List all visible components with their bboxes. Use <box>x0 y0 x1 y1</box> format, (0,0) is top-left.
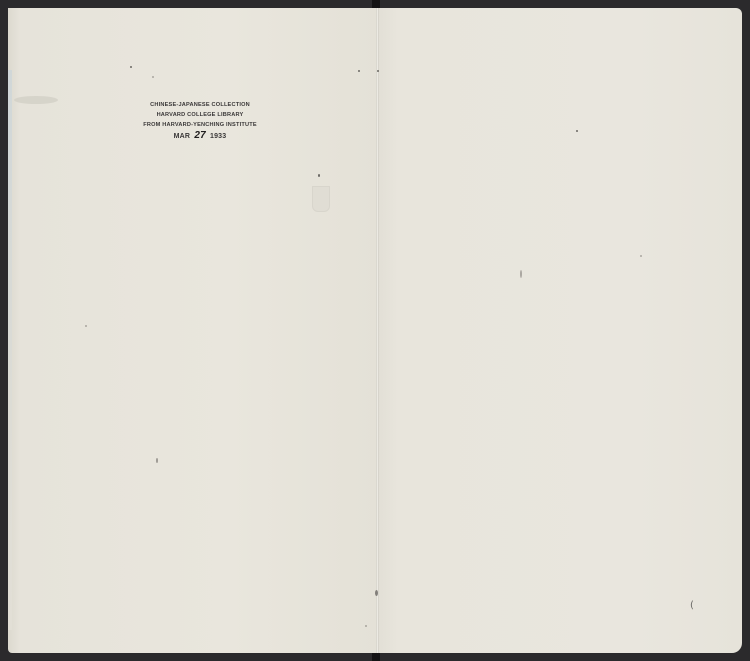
speck <box>576 130 578 132</box>
speck <box>152 76 154 78</box>
stamp-library: HARVARD COLLEGE LIBRARY <box>130 110 270 120</box>
stamp-collection: CHINESE-JAPANESE COLLECTION <box>130 100 270 110</box>
gutter-top-shadow <box>372 0 380 8</box>
paper-tab-mark <box>312 186 330 212</box>
gutter-bottom-shadow <box>372 653 380 661</box>
stamp-date: MAR 27 1933 <box>130 131 270 142</box>
library-stamp: CHINESE-JAPANESE COLLECTION HARVARD COLL… <box>130 100 270 142</box>
speck <box>130 66 132 68</box>
paper-smudge <box>14 96 58 104</box>
speck <box>365 625 367 627</box>
left-page-edge <box>8 70 12 630</box>
scanned-book-spread: CHINESE-JAPANESE COLLECTION HARVARD COLL… <box>0 0 750 661</box>
speck <box>640 255 642 257</box>
speck <box>85 325 87 327</box>
stamp-year: 1933 <box>210 133 226 140</box>
book-gutter <box>376 0 379 661</box>
right-page <box>378 8 742 653</box>
speck <box>358 70 360 72</box>
speck <box>318 174 320 177</box>
speck <box>375 590 378 596</box>
stamp-day: 27 <box>194 130 206 141</box>
stamp-source: FROM HARVARD-YENCHING INSTITUTE <box>130 120 270 130</box>
speck <box>377 70 379 72</box>
speck <box>156 458 158 463</box>
paper-curl-mark: ( <box>690 600 694 611</box>
stamp-month: MAR <box>174 133 191 140</box>
speck <box>520 270 522 278</box>
